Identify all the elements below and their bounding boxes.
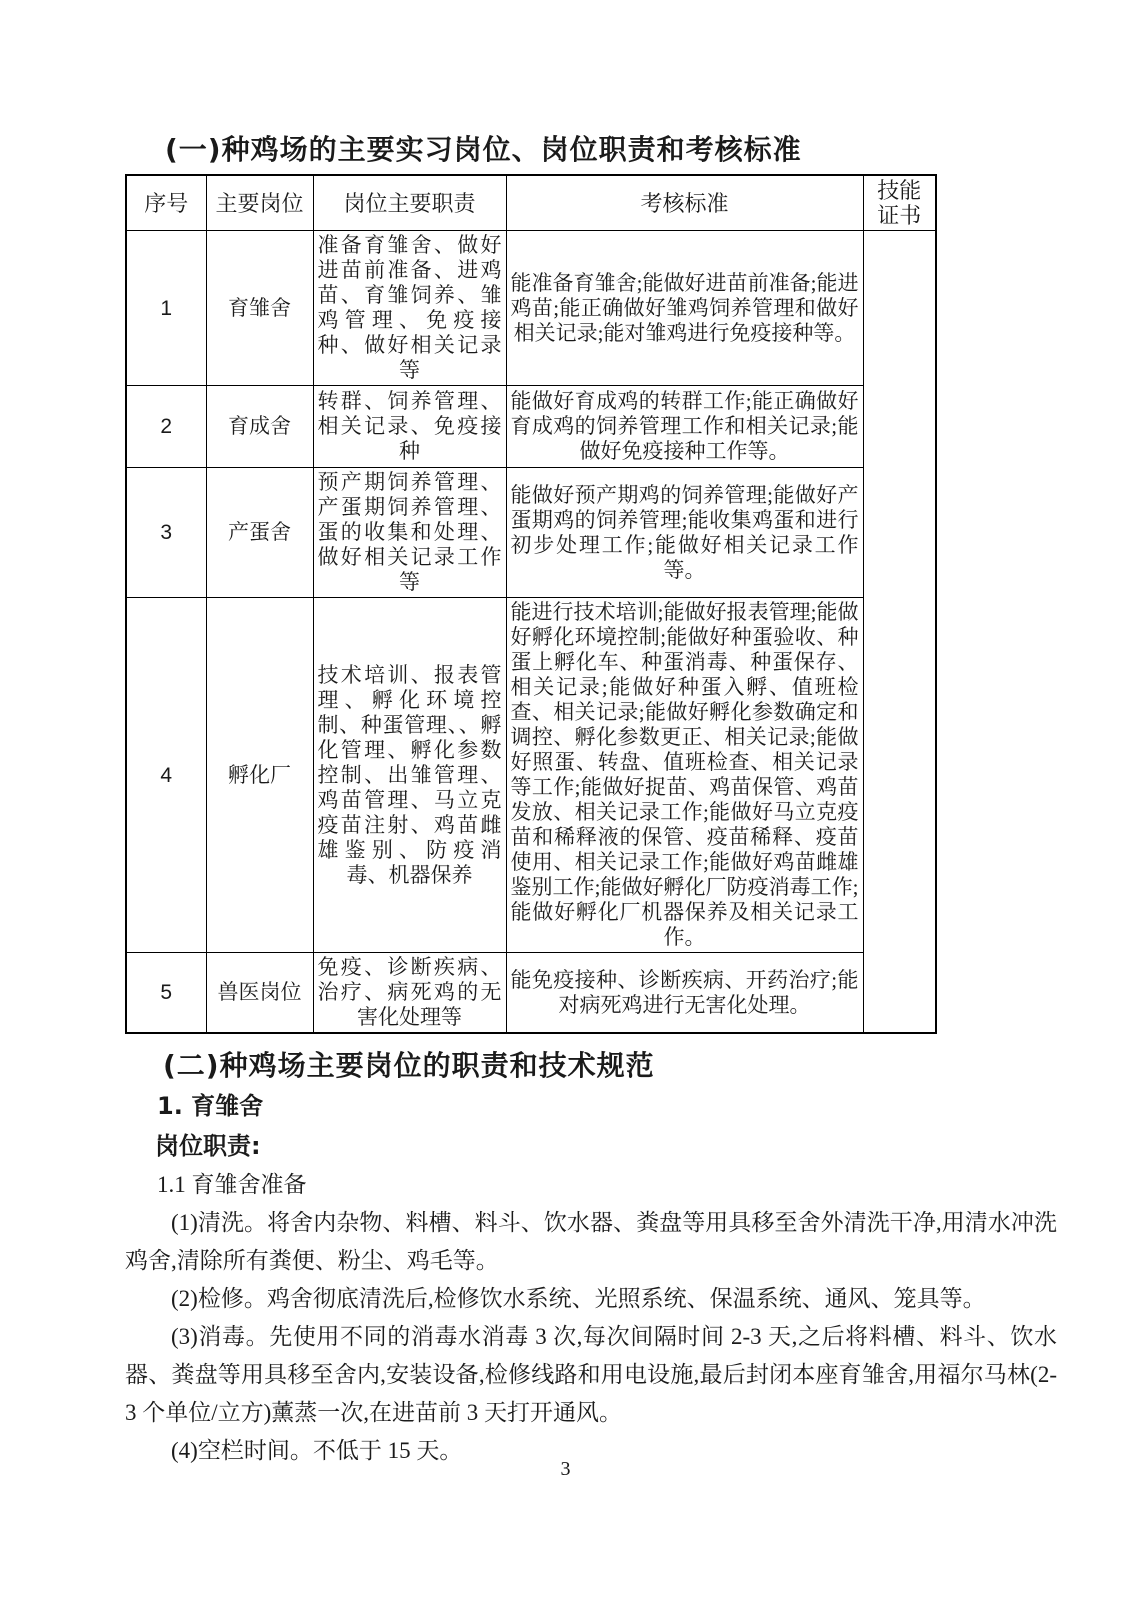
- cell-no: 5: [126, 953, 206, 1034]
- table-header-row: 序号 主要岗位 岗位主要职责 考核标准 技能证书: [126, 175, 936, 231]
- paragraph-cleaning: (1)清洗。将舍内杂物、料槽、料斗、饮水器、粪盘等用具移至舍外清洗干净,用清水冲…: [125, 1204, 1057, 1280]
- table-row: 4 孵化厂 技术培训、报表管理、孵化环境控制、种蛋管理、、孵化管理、孵化参数控制…: [126, 598, 936, 953]
- cell-skill-cert-empty: [863, 231, 936, 1034]
- cell-post: 育成舍: [206, 386, 313, 468]
- table-row: 2 育成舍 转群、饲养管理、相关记录、免疫接种 能做好育成鸡的转群工作;能正确做…: [126, 386, 936, 468]
- cell-post: 育雏舍: [206, 231, 313, 386]
- cell-no: 1: [126, 231, 206, 386]
- cell-post: 产蛋舍: [206, 468, 313, 598]
- cell-duty: 预产期饲养管理、产蛋期饲养管理、蛋的收集和处理、做好相关记录工作等: [313, 468, 506, 598]
- paragraph-disinfection: (3)消毒。先使用不同的消毒水消毒 3 次,每次间隔时间 2-3 天,之后将料槽…: [125, 1318, 1057, 1432]
- section-two-title: (二)种鸡场主要岗位的职责和技术规范: [163, 1046, 1057, 1086]
- cell-no: 4: [126, 598, 206, 953]
- table-row: 3 产蛋舍 预产期饲养管理、产蛋期饲养管理、蛋的收集和处理、做好相关记录工作等 …: [126, 468, 936, 598]
- cell-standard: 能免疫接种、诊断疾病、开药治疗;能对病死鸡进行无害化处理。: [506, 953, 863, 1034]
- subsection-heading-brooder-house: 1. 育雏舍: [157, 1086, 1057, 1126]
- col-header-standard: 考核标准: [506, 175, 863, 231]
- cell-duty: 技术培训、报表管理、孵化环境控制、种蛋管理、、孵化管理、孵化参数控制、出雏管理、…: [313, 598, 506, 953]
- cell-no: 3: [126, 468, 206, 598]
- cell-duty: 转群、饲养管理、相关记录、免疫接种: [313, 386, 506, 468]
- table-row: 1 育雏舍 准备育雏舍、做好进苗前准备、进鸡苗、育雏饲养、雏鸡管理、免疫接种、做…: [126, 231, 936, 386]
- duty-label: 岗位职责:: [155, 1126, 1057, 1166]
- table-row: 5 兽医岗位 免疫、诊断疾病、治疗、病死鸡的无害化处理等 能免疫接种、诊断疾病、…: [126, 953, 936, 1034]
- cell-post: 孵化厂: [206, 598, 313, 953]
- subsub-heading-brooder-prep: 1.1 育雏舍准备: [157, 1166, 1057, 1204]
- cell-no: 2: [126, 386, 206, 468]
- page-number: 3: [0, 1458, 1131, 1481]
- section-one-title: (一)种鸡场的主要实习岗位、岗位职责和考核标准: [165, 128, 1057, 168]
- cell-standard: 能做好育成鸡的转群工作;能正确做好育成鸡的饲养管理工作和相关记录;能做好免疫接种…: [506, 386, 863, 468]
- cell-post: 兽医岗位: [206, 953, 313, 1034]
- paragraph-inspection: (2)检修。鸡舍彻底清洗后,检修饮水系统、光照系统、保温系统、通风、笼具等。: [125, 1280, 1057, 1318]
- col-header-no: 序号: [126, 175, 206, 231]
- col-header-skill-cert: 技能证书: [863, 175, 936, 231]
- document-page: (一)种鸡场的主要实习岗位、岗位职责和考核标准 序号 主要岗位 岗位主要职责 考…: [0, 0, 1131, 1470]
- col-header-post: 主要岗位: [206, 175, 313, 231]
- col-header-duty: 岗位主要职责: [313, 175, 506, 231]
- cell-duty: 免疫、诊断疾病、治疗、病死鸡的无害化处理等: [313, 953, 506, 1034]
- cell-standard: 能做好预产期鸡的饲养管理;能做好产蛋期鸡的饲养管理;能收集鸡蛋和进行初步处理工作…: [506, 468, 863, 598]
- cell-duty: 准备育雏舍、做好进苗前准备、进鸡苗、育雏饲养、雏鸡管理、免疫接种、做好相关记录等: [313, 231, 506, 386]
- internship-posts-table: 序号 主要岗位 岗位主要职责 考核标准 技能证书 1 育雏舍 准备育雏舍、做好进…: [125, 174, 937, 1034]
- cell-standard: 能准备育雏舍;能做好进苗前准备;能进鸡苗;能正确做好雏鸡饲养管理和做好相关记录;…: [506, 231, 863, 386]
- cell-standard: 能进行技术培训;能做好报表管理;能做好孵化环境控制;能做好种蛋验收、种蛋上孵化车…: [506, 598, 863, 953]
